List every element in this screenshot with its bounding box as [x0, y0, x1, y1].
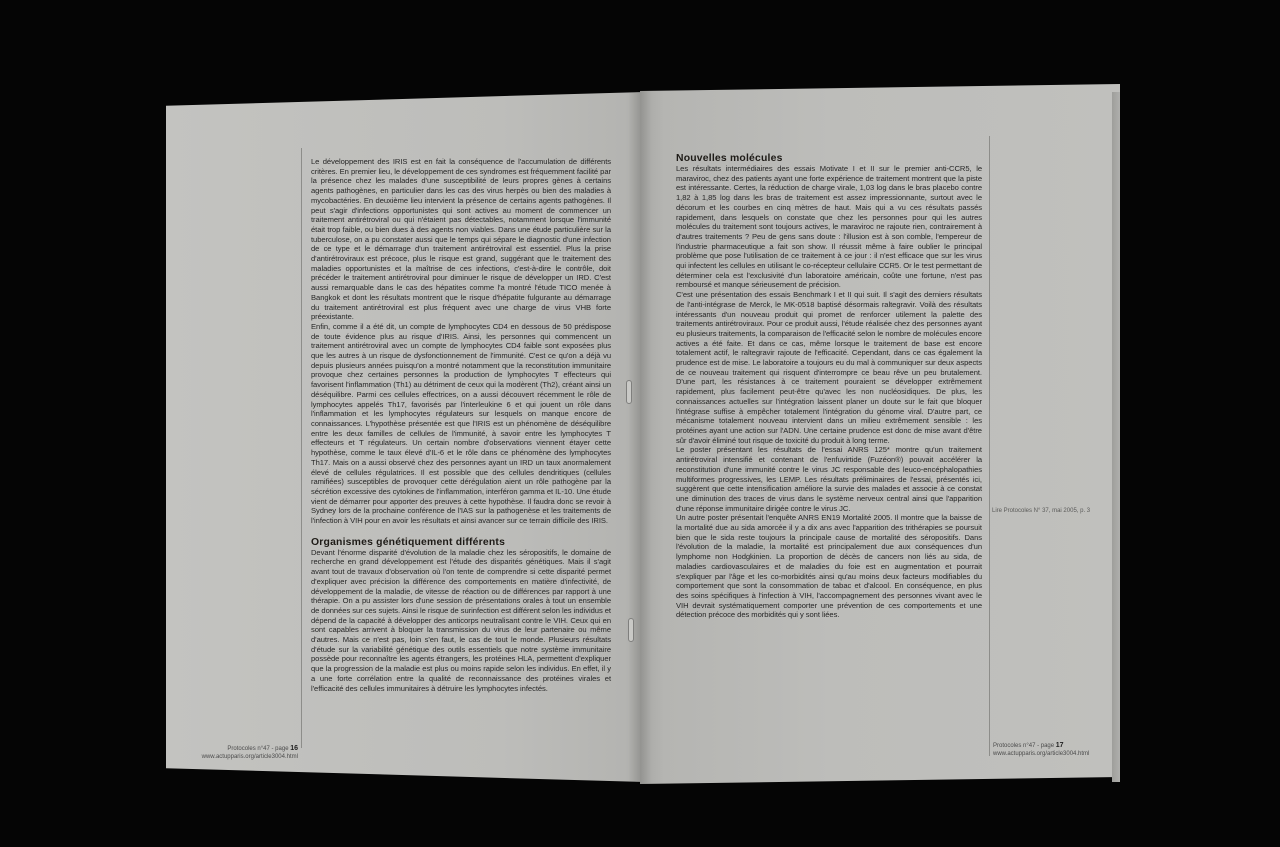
right-column: Nouvelles molécules Les résultats interm…: [676, 154, 982, 620]
staple-icon: [626, 380, 632, 404]
booklet-spread: Le développement des IRIS est en fait la…: [0, 0, 1280, 847]
footer-url: www.actupparis.org/article3004.html: [186, 754, 298, 762]
staple-icon: [628, 618, 634, 642]
margin-rule-left: [301, 148, 302, 748]
footer-label: Protocoles n°47 - page: [227, 746, 288, 752]
page-footer-left: Protocoles n°47 - page 16 www.actupparis…: [186, 745, 298, 761]
paragraph: Un autre poster présentait l'enquête ANR…: [676, 513, 982, 620]
footer-label: Protocoles n°47 - page: [993, 743, 1054, 749]
left-column: Le développement des IRIS est en fait la…: [311, 157, 611, 693]
paragraph: Le poster présentant les résultats de l'…: [676, 445, 982, 513]
page-edge: [1112, 92, 1120, 782]
paragraph: Le développement des IRIS est en fait la…: [311, 157, 611, 322]
footer-url: www.actupparis.org/article3004.html: [993, 751, 1113, 759]
paragraph: C'est une présentation des essais Benchm…: [676, 290, 982, 445]
section-heading: Organismes génétiquement différents: [311, 538, 611, 548]
binding-gutter: [628, 90, 652, 784]
paragraph: Devant l'énorme disparité d'évolution de…: [311, 548, 611, 694]
paragraph: Enfin, comme il a été dit, un compte de …: [311, 322, 611, 526]
page-number: 16: [290, 745, 298, 752]
sidenote: Lire Protocoles N° 37, mai 2005, p. 3: [992, 508, 1112, 514]
margin-rule-right: [989, 136, 990, 756]
page-number: 17: [1056, 742, 1064, 749]
section-heading: Nouvelles molécules: [676, 154, 982, 164]
paragraph: Les résultats intermédiaires des essais …: [676, 164, 982, 290]
page-footer-right: Protocoles n°47 - page 17 www.actupparis…: [993, 742, 1113, 758]
